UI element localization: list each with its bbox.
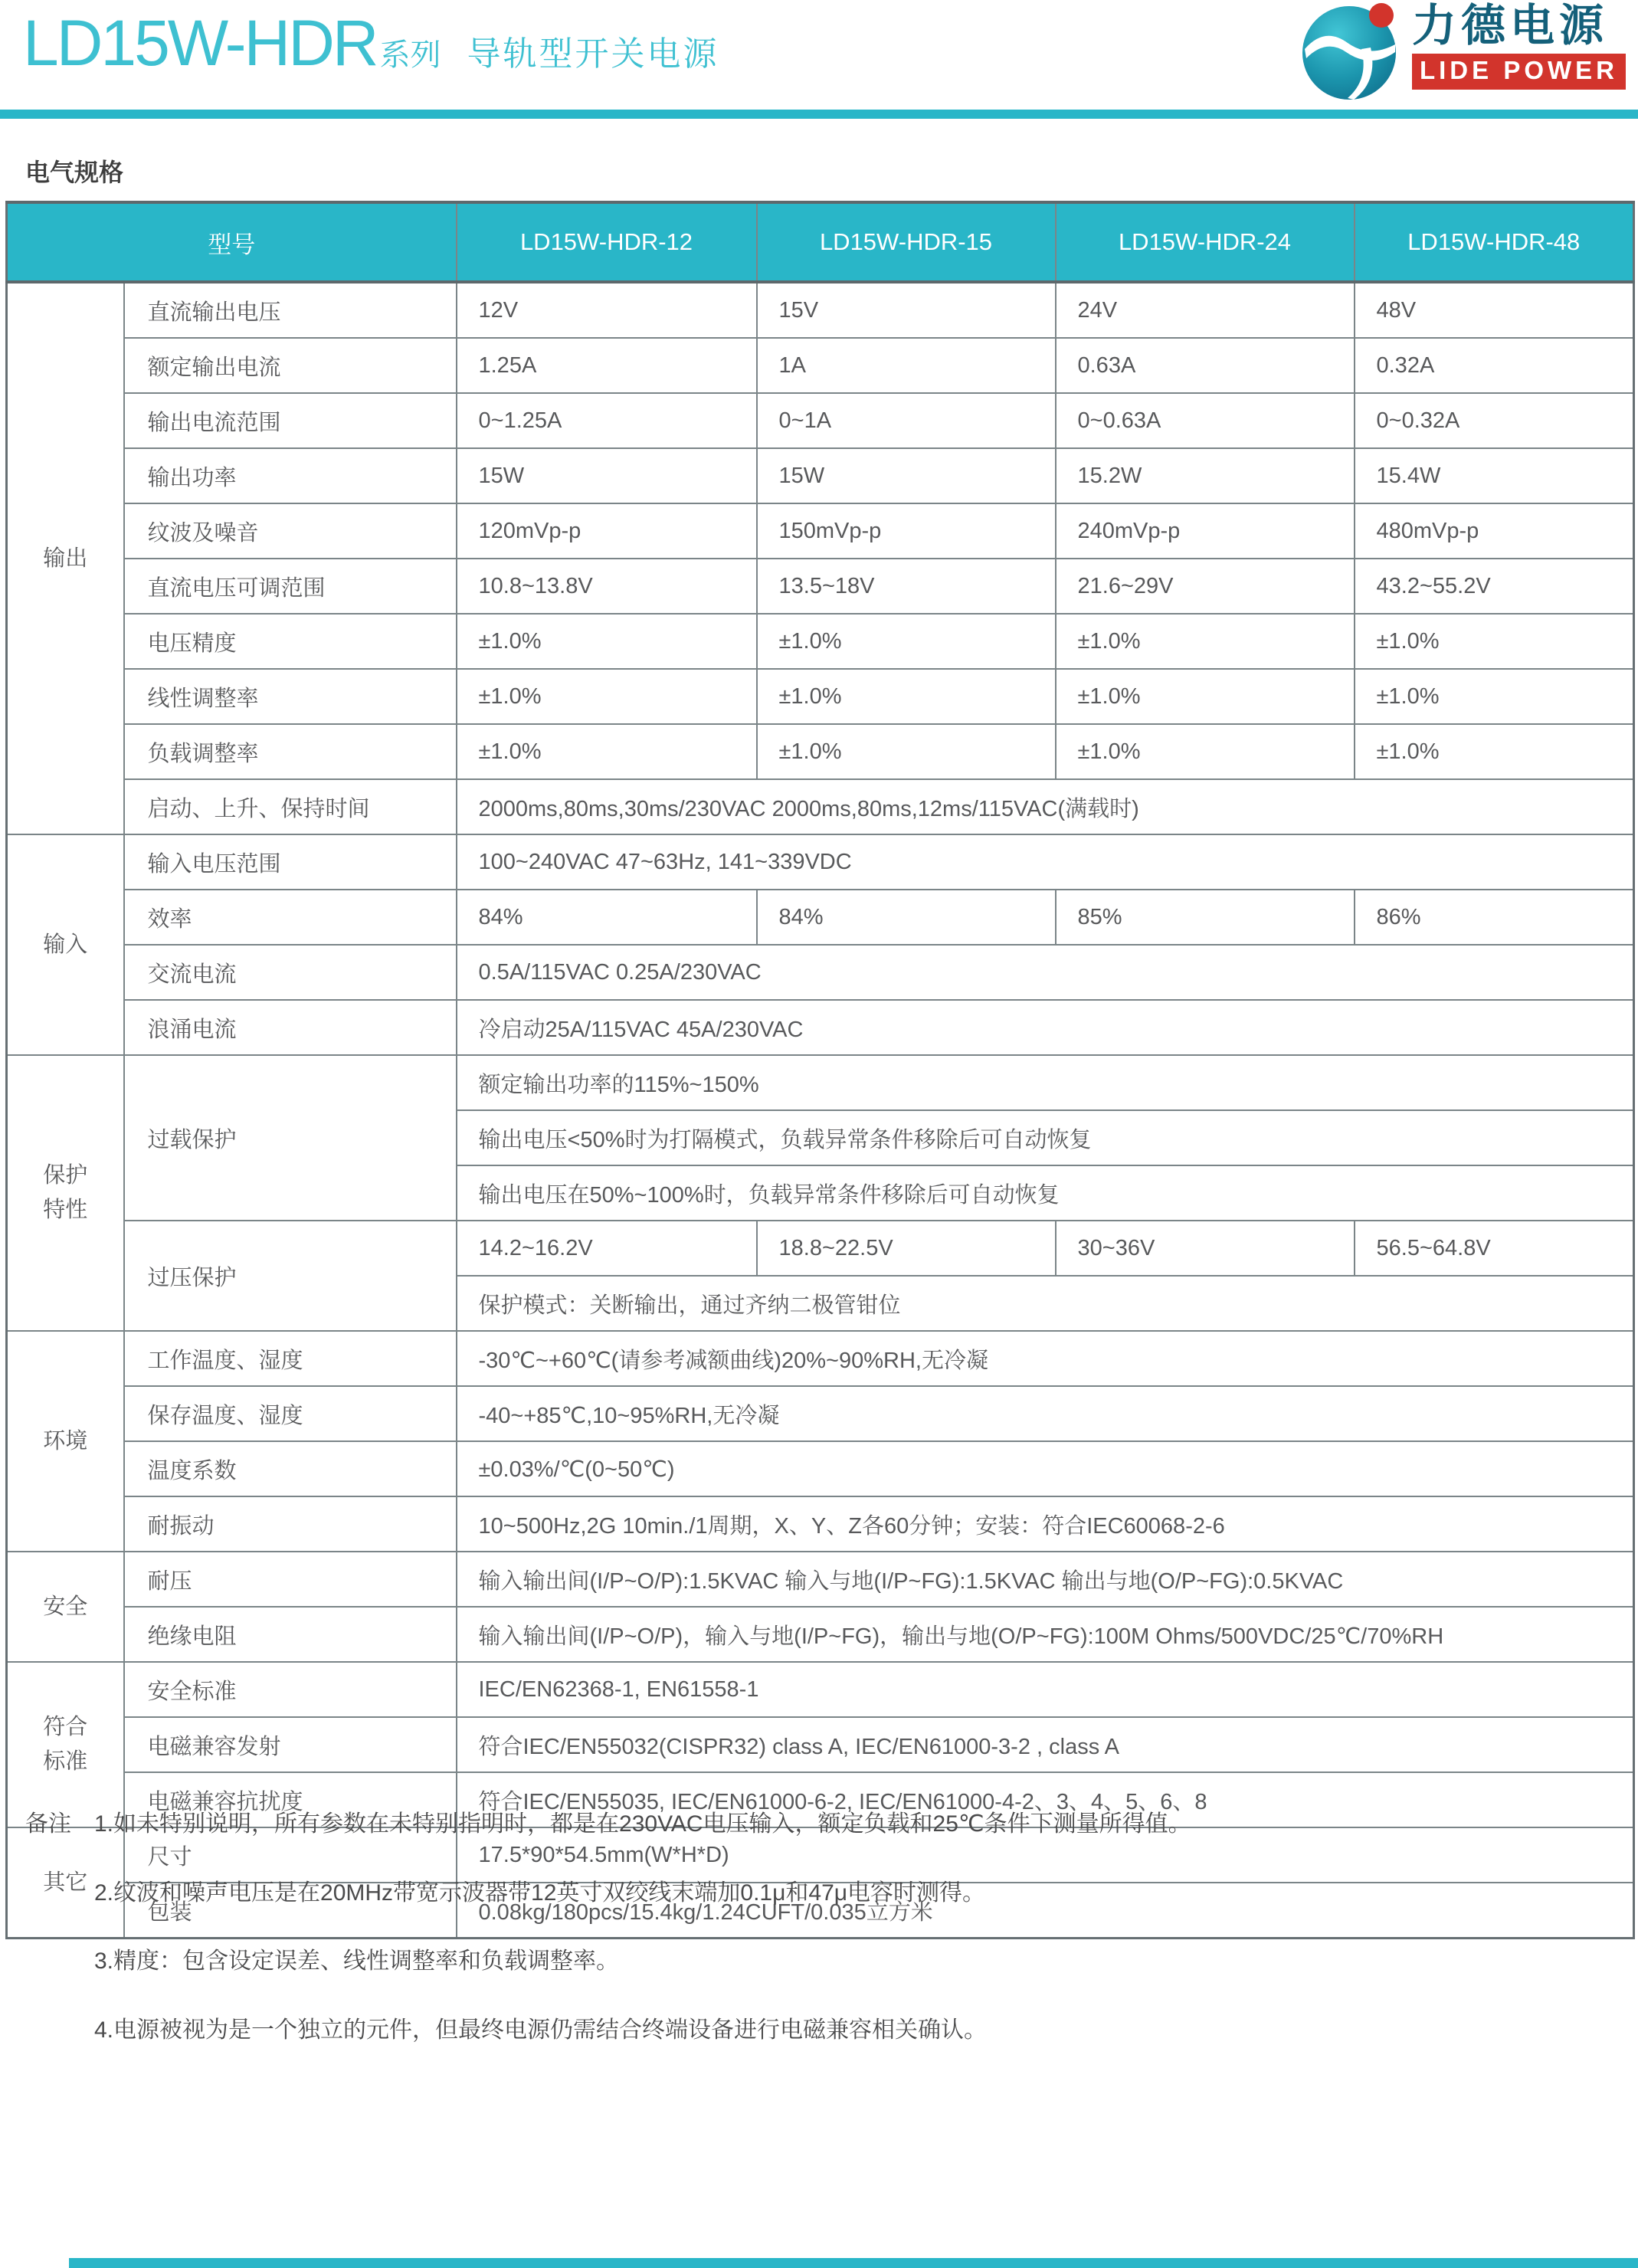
spec-value: 15.2W bbox=[1056, 448, 1355, 503]
table-row: 交流电流0.5A/115VAC 0.25A/230VAC bbox=[7, 945, 1634, 1000]
param-label: 浪涌电流 bbox=[124, 1000, 457, 1055]
table-row: 电压精度±1.0%±1.0%±1.0%±1.0% bbox=[7, 614, 1634, 669]
param-label: 绝缘电阻 bbox=[124, 1607, 457, 1662]
notes-list: 1.如未特别说明，所有参数在未特别指明时，都是在230VAC电压输入，额定负载和… bbox=[94, 1811, 1191, 2086]
param-label: 线性调整率 bbox=[124, 669, 457, 724]
table-row: 直流电压可调范围10.8~13.8V13.5~18V21.6~29V43.2~5… bbox=[7, 559, 1634, 614]
spec-value: ±1.0% bbox=[457, 669, 757, 724]
table-row: 输出直流输出电压12V15V24V48V bbox=[7, 282, 1634, 338]
group-label: 输出 bbox=[7, 282, 124, 834]
table-row: 浪涌电流冷启动25A/115VAC 45A/230VAC bbox=[7, 1000, 1634, 1055]
param-label: 保存温度、湿度 bbox=[124, 1386, 457, 1441]
spec-value: ±1.0% bbox=[757, 724, 1056, 779]
spec-value: 24V bbox=[1056, 282, 1355, 338]
logo-red-dot bbox=[1369, 3, 1394, 28]
param-label: 过压保护 bbox=[124, 1221, 457, 1331]
page-title: LD15W-HDR 系列 导轨型开关电源 bbox=[23, 9, 719, 77]
table-row: 额定输出电流1.25A1A0.63A0.32A bbox=[7, 338, 1634, 393]
param-label: 电磁兼容发射 bbox=[124, 1717, 457, 1772]
model-header-LD15W-HDR-48: LD15W-HDR-48 bbox=[1355, 202, 1634, 282]
spec-value: ±1.0% bbox=[457, 614, 757, 669]
table-row: 保护 特性过载保护额定输出功率的115%~150% bbox=[7, 1055, 1634, 1110]
spec-value: 48V bbox=[1355, 282, 1634, 338]
note-item: 2.纹波和噪声电压是在20MHz带宽示波器带12英寸双绞线末端加0.1μ和47μ… bbox=[94, 1880, 1191, 1907]
spec-value-span: ±0.03%/℃(0~50℃) bbox=[457, 1441, 1634, 1496]
spec-value: 0~0.32A bbox=[1355, 393, 1634, 448]
spec-sheet-page: LD15W-HDR 系列 导轨型开关电源 力德电源 LIDE POWER 电气规… bbox=[0, 0, 1638, 2268]
spec-value: 21.6~29V bbox=[1056, 559, 1355, 614]
spec-value: 18.8~22.5V bbox=[757, 1221, 1056, 1276]
spec-value-span: IEC/EN62368-1, EN61558-1 bbox=[457, 1662, 1634, 1717]
group-label: 输入 bbox=[7, 834, 124, 1055]
spec-value: 0~1.25A bbox=[457, 393, 757, 448]
table-row: 过压保护14.2~16.2V18.8~22.5V30~36V56.5~64.8V bbox=[7, 1221, 1634, 1276]
product-type-title: 导轨型开关电源 bbox=[467, 26, 719, 75]
table-row: 保存温度、湿度-40~+85℃,10~95%RH,无冷凝 bbox=[7, 1386, 1634, 1441]
model-header-LD15W-HDR-15: LD15W-HDR-15 bbox=[757, 202, 1056, 282]
spec-value-span: 符合IEC/EN55032(CISPR32) class A, IEC/EN61… bbox=[457, 1717, 1634, 1772]
notes-label: 备注 bbox=[25, 1811, 71, 2086]
table-row: 耐振动10~500Hz,2G 10min./1周期，X、Y、Z各60分钟；安装：… bbox=[7, 1496, 1634, 1552]
spec-value: 43.2~55.2V bbox=[1355, 559, 1634, 614]
spec-value-span: 输入输出间(I/P~O/P)，输入与地(I/P~FG)，输出与地(O/P~FG)… bbox=[457, 1607, 1634, 1662]
notes-section: 备注 1.如未特别说明，所有参数在未特别指明时，都是在230VAC电压输入，额定… bbox=[25, 1811, 1191, 2086]
spec-value-span: 2000ms,80ms,30ms/230VAC 2000ms,80ms,12ms… bbox=[457, 779, 1634, 834]
spec-table-body: 输出直流输出电压12V15V24V48V额定输出电流1.25A1A0.63A0.… bbox=[7, 282, 1634, 1939]
table-row: 输出电流范围0~1.25A0~1A0~0.63A0~0.32A bbox=[7, 393, 1634, 448]
lide-logo-icon bbox=[1302, 2, 1403, 101]
spec-value-span: 输出电压<50%时为打隔模式，负载异常条件移除后可自动恢复 bbox=[457, 1110, 1634, 1165]
group-label: 环境 bbox=[7, 1331, 124, 1552]
param-label: 耐压 bbox=[124, 1552, 457, 1607]
spec-value: 84% bbox=[457, 890, 757, 945]
spec-value: 15V bbox=[757, 282, 1056, 338]
param-label: 额定输出电流 bbox=[124, 338, 457, 393]
table-row: 线性调整率±1.0%±1.0%±1.0%±1.0% bbox=[7, 669, 1634, 724]
param-label: 直流电压可调范围 bbox=[124, 559, 457, 614]
spec-value: ±1.0% bbox=[757, 614, 1056, 669]
spec-value-span: 额定输出功率的115%~150% bbox=[457, 1055, 1634, 1110]
param-label: 纹波及噪音 bbox=[124, 503, 457, 559]
param-label: 安全标准 bbox=[124, 1662, 457, 1717]
series-suffix-label: 系列 bbox=[380, 31, 441, 74]
table-row: 启动、上升、保持时间2000ms,80ms,30ms/230VAC 2000ms… bbox=[7, 779, 1634, 834]
spec-value: 240mVp-p bbox=[1056, 503, 1355, 559]
spec-value: 14.2~16.2V bbox=[457, 1221, 757, 1276]
section-title: 电气规格 bbox=[25, 153, 123, 188]
spec-value: ±1.0% bbox=[1056, 614, 1355, 669]
spec-value: ±1.0% bbox=[1056, 724, 1355, 779]
group-label: 保护 特性 bbox=[7, 1055, 124, 1331]
table-row: 绝缘电阻输入输出间(I/P~O/P)，输入与地(I/P~FG)，输出与地(O/P… bbox=[7, 1607, 1634, 1662]
spec-value-span: 输入输出间(I/P~O/P):1.5KVAC 输入与地(I/P~FG):1.5K… bbox=[457, 1552, 1634, 1607]
table-row: 温度系数±0.03%/℃(0~50℃) bbox=[7, 1441, 1634, 1496]
param-label: 直流输出电压 bbox=[124, 282, 457, 338]
param-label: 交流电流 bbox=[124, 945, 457, 1000]
table-row: 效率84%84%85%86% bbox=[7, 890, 1634, 945]
spec-value: 15W bbox=[457, 448, 757, 503]
table-row: 输出功率15W15W15.2W15.4W bbox=[7, 448, 1634, 503]
header-divider-bar bbox=[0, 110, 1638, 119]
spec-value: ±1.0% bbox=[1355, 669, 1634, 724]
spec-value: 85% bbox=[1056, 890, 1355, 945]
spec-table-head: 型号LD15W-HDR-12LD15W-HDR-15LD15W-HDR-24LD… bbox=[7, 202, 1634, 282]
spec-value: 10.8~13.8V bbox=[457, 559, 757, 614]
spec-value: 15W bbox=[757, 448, 1056, 503]
spec-value-span: 0.5A/115VAC 0.25A/230VAC bbox=[457, 945, 1634, 1000]
spec-value-span: 保护模式：关断输出，通过齐纳二极管钳位 bbox=[457, 1276, 1634, 1331]
spec-value: 150mVp-p bbox=[757, 503, 1056, 559]
param-label: 电压精度 bbox=[124, 614, 457, 669]
logo-wordmark: 力德电源 LIDE POWER bbox=[1412, 2, 1626, 90]
spec-value: 86% bbox=[1355, 890, 1634, 945]
table-row: 符合 标准安全标准IEC/EN62368-1, EN61558-1 bbox=[7, 1662, 1634, 1717]
spec-value: 0~0.63A bbox=[1056, 393, 1355, 448]
spec-value: 30~36V bbox=[1056, 1221, 1355, 1276]
spec-value-span: 100~240VAC 47~63Hz, 141~339VDC bbox=[457, 834, 1634, 890]
note-item: 1.如未特别说明，所有参数在未特别指明时，都是在230VAC电压输入，额定负载和… bbox=[94, 1811, 1191, 1838]
spec-value: 1.25A bbox=[457, 338, 757, 393]
param-label: 过载保护 bbox=[124, 1055, 457, 1221]
spec-value: 0.32A bbox=[1355, 338, 1634, 393]
model-header-LD15W-HDR-12: LD15W-HDR-12 bbox=[457, 202, 757, 282]
spec-value-span: 冷启动25A/115VAC 45A/230VAC bbox=[457, 1000, 1634, 1055]
table-row: 安全耐压输入输出间(I/P~O/P):1.5KVAC 输入与地(I/P~FG):… bbox=[7, 1552, 1634, 1607]
param-label: 输出电流范围 bbox=[124, 393, 457, 448]
logo-cn-name: 力德电源 bbox=[1412, 2, 1626, 51]
param-label: 工作温度、湿度 bbox=[124, 1331, 457, 1386]
spec-value-span: -40~+85℃,10~95%RH,无冷凝 bbox=[457, 1386, 1634, 1441]
table-row: 环境工作温度、湿度-30℃~+60℃(请参考减额曲线)20%~90%RH,无冷凝 bbox=[7, 1331, 1634, 1386]
param-label: 输出功率 bbox=[124, 448, 457, 503]
spec-value: 1A bbox=[757, 338, 1056, 393]
model-header-LD15W-HDR-24: LD15W-HDR-24 bbox=[1056, 202, 1355, 282]
param-label: 输入电压范围 bbox=[124, 834, 457, 890]
spec-value: ±1.0% bbox=[757, 669, 1056, 724]
spec-table: 型号LD15W-HDR-12LD15W-HDR-15LD15W-HDR-24LD… bbox=[5, 201, 1635, 1939]
table-row: 电磁兼容发射符合IEC/EN55032(CISPR32) class A, IE… bbox=[7, 1717, 1634, 1772]
spec-value: 84% bbox=[757, 890, 1056, 945]
group-label: 安全 bbox=[7, 1552, 124, 1662]
table-row: 输入输入电压范围100~240VAC 47~63Hz, 141~339VDC bbox=[7, 834, 1634, 890]
spec-value-span: -30℃~+60℃(请参考减额曲线)20%~90%RH,无冷凝 bbox=[457, 1331, 1634, 1386]
spec-value: ±1.0% bbox=[1056, 669, 1355, 724]
model-column-header: 型号 bbox=[7, 202, 457, 282]
spec-value: 15.4W bbox=[1355, 448, 1634, 503]
param-label: 效率 bbox=[124, 890, 457, 945]
footer-accent-bar bbox=[69, 2258, 1638, 2268]
spec-value: ±1.0% bbox=[1355, 614, 1634, 669]
spec-value: 56.5~64.8V bbox=[1355, 1221, 1634, 1276]
spec-value: 0.63A bbox=[1056, 338, 1355, 393]
param-label: 负载调整率 bbox=[124, 724, 457, 779]
spec-value-span: 10~500Hz,2G 10min./1周期，X、Y、Z各60分钟；安装：符合I… bbox=[457, 1496, 1634, 1552]
param-label: 启动、上升、保持时间 bbox=[124, 779, 457, 834]
spec-value: ±1.0% bbox=[457, 724, 757, 779]
spec-value: 0~1A bbox=[757, 393, 1056, 448]
table-row: 负载调整率±1.0%±1.0%±1.0%±1.0% bbox=[7, 724, 1634, 779]
note-item: 3.精度：包含设定误差、线性调整率和负载调整率。 bbox=[94, 1948, 1191, 1975]
logo-en-name: LIDE POWER bbox=[1412, 54, 1626, 90]
spec-value: 480mVp-p bbox=[1355, 503, 1634, 559]
note-item: 4.电源被视为是一个独立的元件，但最终电源仍需结合终端设备进行电磁兼容相关确认。 bbox=[94, 2017, 1191, 2044]
spec-value: 12V bbox=[457, 282, 757, 338]
spec-value-span: 输出电压在50%~100%时，负载异常条件移除后可自动恢复 bbox=[457, 1165, 1634, 1221]
series-code-title: LD15W-HDR bbox=[23, 9, 377, 77]
spec-value: ±1.0% bbox=[1355, 724, 1634, 779]
spec-value: 13.5~18V bbox=[757, 559, 1056, 614]
param-label: 温度系数 bbox=[124, 1441, 457, 1496]
spec-value: 120mVp-p bbox=[457, 503, 757, 559]
table-row: 纹波及噪音120mVp-p150mVp-p240mVp-p480mVp-p bbox=[7, 503, 1634, 559]
company-logo: 力德电源 LIDE POWER bbox=[1302, 2, 1626, 101]
group-label: 符合 标准 bbox=[7, 1662, 124, 1827]
param-label: 耐振动 bbox=[124, 1496, 457, 1552]
